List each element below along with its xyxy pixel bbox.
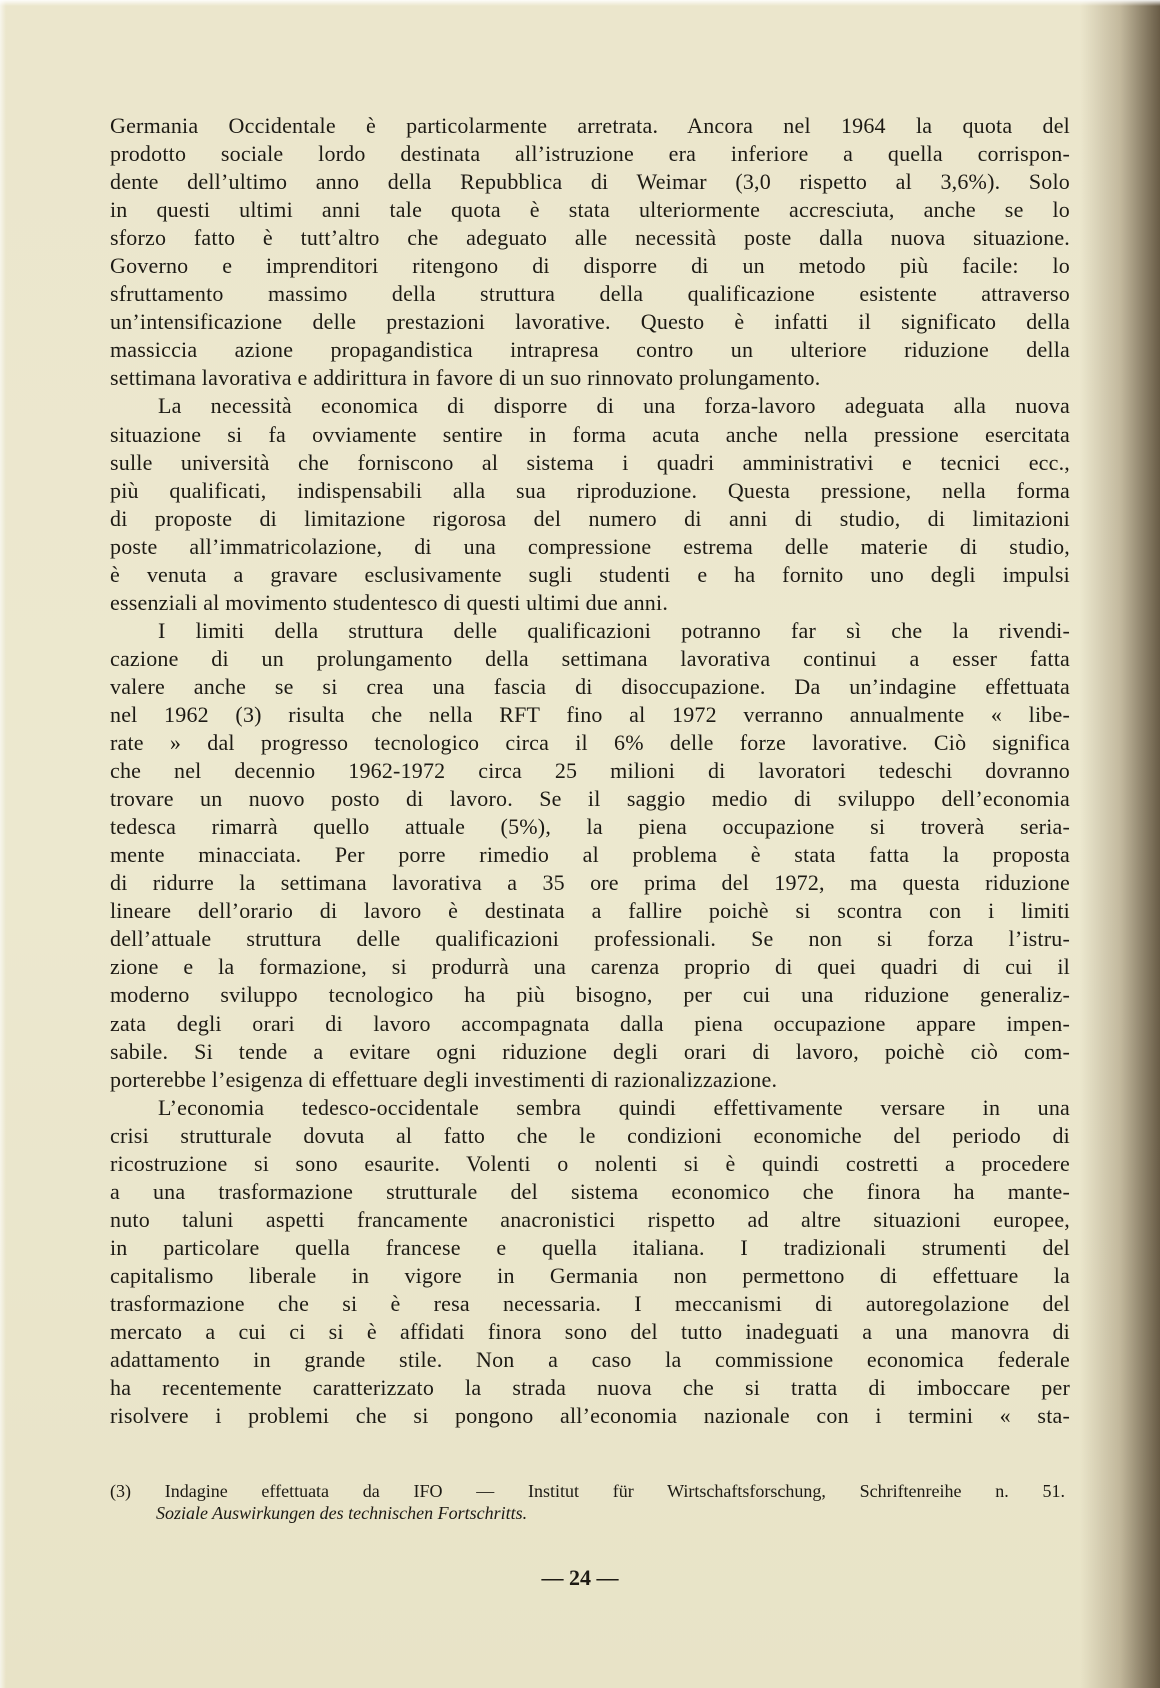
text-line: situazione si fa ovviamente sentire in f… xyxy=(110,421,1070,449)
text-line: Governo e imprenditori ritengono di disp… xyxy=(110,252,1070,280)
text-line: a una trasformazione strutturale del sis… xyxy=(110,1178,1070,1206)
text-line: zata degli orari di lavoro accompagnata … xyxy=(110,1010,1070,1038)
text-line: poste all’immatricolazione, di una compr… xyxy=(110,533,1070,561)
footnote-title: Soziale Auswirkungen des technischen For… xyxy=(110,1502,1070,1524)
text-line: crisi strutturale dovuta al fatto che le… xyxy=(110,1122,1070,1150)
text-line: lineare dell’orario di lavoro è destinat… xyxy=(110,897,1070,925)
text-line: tedesca rimarrà quello attuale (5%), la … xyxy=(110,813,1070,841)
text-line: L’economia tedesco-occidentale sembra qu… xyxy=(110,1094,1070,1122)
page-number: — 24 — xyxy=(0,1565,1160,1591)
scanned-page: Germania Occidentale è particolarmente a… xyxy=(0,0,1160,1688)
page-left-edge xyxy=(0,0,6,1688)
text-line: nuto taluni aspetti francamente anacroni… xyxy=(110,1206,1070,1234)
text-line: sulle università che forniscono al siste… xyxy=(110,449,1070,477)
text-line: settimana lavorativa e addirittura in fa… xyxy=(110,364,1070,392)
text-line: dell’attuale struttura delle qualificazi… xyxy=(110,925,1070,953)
text-line: sforzo fatto è tutt’altro che adeguato a… xyxy=(110,224,1070,252)
text-line: trasformazione che si è resa necessaria.… xyxy=(110,1290,1070,1318)
text-line: nel 1962 (3) risulta che nella RFT fino … xyxy=(110,701,1070,729)
text-line: porterebbe l’esigenza di effettuare degl… xyxy=(110,1066,1070,1094)
text-line: essenziali al movimento studentesco di q… xyxy=(110,589,1070,617)
text-line: dente dell’ultimo anno della Repubblica … xyxy=(110,168,1070,196)
text-line: valere anche se si crea una fascia di di… xyxy=(110,673,1070,701)
text-line: La necessità economica di disporre di un… xyxy=(110,392,1070,420)
text-line: risolvere i problemi che si pongono all’… xyxy=(110,1402,1070,1430)
footnote: (3) Indagine effettuata da IFO — Institu… xyxy=(110,1480,1070,1524)
text-line: che nel decennio 1962-1972 circa 25 mili… xyxy=(110,757,1070,785)
text-line: più qualificati, indispensabili alla sua… xyxy=(110,477,1070,505)
text-line: ricostruzione si sono esaurite. Volenti … xyxy=(110,1150,1070,1178)
text-line: Germania Occidentale è particolarmente a… xyxy=(110,112,1070,140)
text-line: I limiti della struttura delle qualifica… xyxy=(110,617,1070,645)
body-text: Germania Occidentale è particolarmente a… xyxy=(110,112,1070,1430)
text-line: sabile. Si tende a evitare ogni riduzion… xyxy=(110,1038,1070,1066)
text-line: di proposte di limitazione rigorosa del … xyxy=(110,505,1070,533)
text-line: mente minacciata. Per porre rimedio al p… xyxy=(110,841,1070,869)
text-line: massiccia azione propagandistica intrapr… xyxy=(110,336,1070,364)
text-line: in questi ultimi anni tale quota è stata… xyxy=(110,196,1070,224)
text-line: zione e la formazione, si produrrà una c… xyxy=(110,953,1070,981)
text-line: moderno sviluppo tecnologico ha più biso… xyxy=(110,981,1070,1009)
text-line: mercato a cui ci si è affidati finora so… xyxy=(110,1318,1070,1346)
text-line: capitalismo liberale in vigore in German… xyxy=(110,1262,1070,1290)
text-line: cazione di un prolungamento della settim… xyxy=(110,645,1070,673)
text-line: prodotto sociale lordo destinata all’ist… xyxy=(110,140,1070,168)
text-line: in particolare quella francese e quella … xyxy=(110,1234,1070,1262)
text-line: sfruttamento massimo della struttura del… xyxy=(110,280,1070,308)
footnote-citation: (3) Indagine effettuata da IFO — Institu… xyxy=(110,1480,1065,1502)
text-line: trovare un nuovo posto di lavoro. Se il … xyxy=(110,785,1070,813)
text-line: un’intensificazione delle prestazioni la… xyxy=(110,308,1070,336)
text-line: è venuta a gravare esclusivamente sugli … xyxy=(110,561,1070,589)
text-line: ha recentemente caratterizzato la strada… xyxy=(110,1374,1070,1402)
page-top-edge xyxy=(0,0,1160,6)
text-line: rate » dal progresso tecnologico circa i… xyxy=(110,729,1070,757)
text-line: adattamento in grande stile. Non a caso … xyxy=(110,1346,1070,1374)
text-line: di ridurre la settimana lavorativa a 35 … xyxy=(110,869,1070,897)
